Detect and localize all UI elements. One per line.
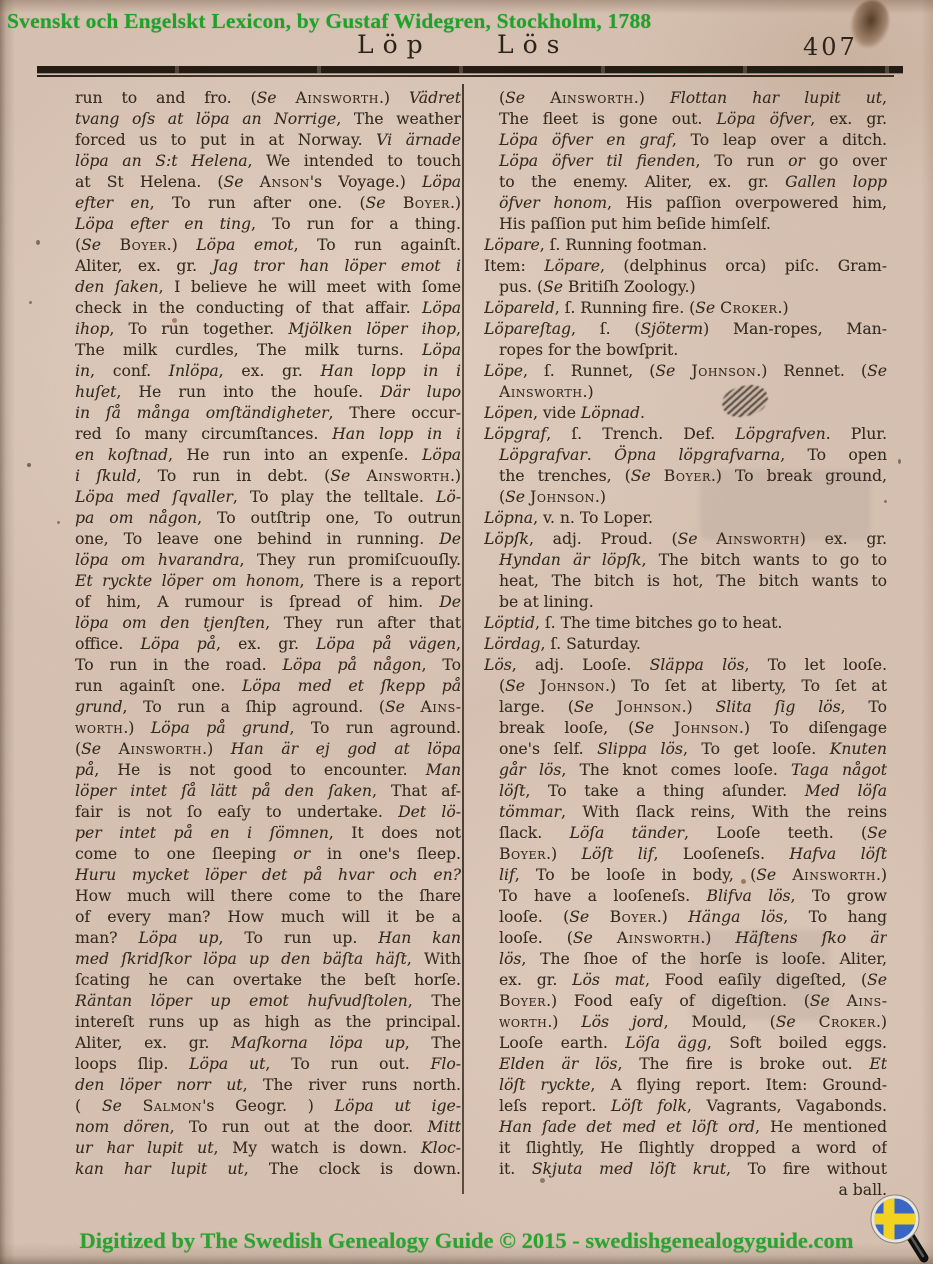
ink-speck [898,459,901,464]
text-line: looſe. (Se Ainsworth.) Häſtens ſko är [484,928,887,949]
text-line: Boyer.) Löſt lif, Looſeneſs. Hafva löſt [484,844,887,865]
ink-speck [36,240,40,245]
text-line: His paſſion put him beſide himſelf. [484,214,887,235]
text-line: of him, A rumour is ſpread of him. De [75,592,461,613]
text-line: of every man? How much will it be a [75,907,461,928]
text-line: the trenches, (Se Boyer.) To break groun… [484,466,887,487]
text-line: Looſe earth. Löſa ägg, Soft boiled eggs. [484,1033,887,1054]
ink-speck [884,500,887,503]
text-line: a ball. [484,1180,887,1201]
ink-speck [27,463,31,467]
header-rule [37,66,903,79]
text-line: Elden är lös, The fire is broke out. Et [484,1054,887,1075]
text-line: loops ſlip. Löpa ut, To run out. Flo- [75,1054,461,1075]
text-line: pus. (Se Britiſh Zoology.) [484,277,887,298]
text-line: löſt, To take a thing aſunder. Med löſa [484,781,887,802]
text-line: To have a looſeneſs. Blifva lös, To grow [484,886,887,907]
text-line: Et ryckte löper om honom, There is a rep… [75,571,461,592]
text-line: Löpareſtag, ſ. (Sjöterm) Man-ropes, Man- [484,319,887,340]
text-line: Löpna, v. n. To Loper. [484,508,887,529]
ink-speck [741,879,746,884]
text-line: Löpareld, ſ. Running fire. (Se Croker.) [484,298,887,319]
text-line: Aliter, ex. gr. Jag tror han löper emot … [75,256,461,277]
header-rule-thin [37,75,894,77]
text-line: man? Löpa up, To run up. Han kan [75,928,461,949]
text-line: nom dören, To run out at the door. Mitt [75,1117,461,1138]
ink-speck [540,1178,545,1183]
text-line: Räntan löper up emot hufvudſtolen, The [75,991,461,1012]
text-line: be at lining. [484,592,887,613]
text-line: run againſt one. Löpa med et ſkepp på [75,676,461,697]
text-line: (Se Johnson.) [484,487,887,508]
text-line: den ſaken, I believe he will meet with ſ… [75,277,461,298]
text-line: med ſkridſkor löpa up den bäſta häſt, Wi… [75,949,461,970]
text-line: i ſkuld, To run in debt. (Se Ainsworth.) [75,466,461,487]
text-line: löſt ryckte, A flying report. Item: Grou… [484,1075,887,1096]
text-line: to the enemy. Aliter, ex. gr. Gallen lop… [484,172,887,193]
text-line: worth.) Lös jord, Mould, (Se Croker.) [484,1012,887,1033]
text-line: på, He is not good to encounter. Man [75,760,461,781]
text-line: löpa om den tjenſten, They run after tha… [75,613,461,634]
swedish-flag-magnifier-icon [868,1194,932,1264]
ink-speck [29,301,32,304]
header-rule-thick [37,66,903,73]
text-line: går lös, The knot comes looſe. Taga någo… [484,760,887,781]
text-line: The milk curdles, The milk turns. Löpa [75,340,461,361]
text-line: (Se Ainsworth.) Han är ej god at löpa [75,739,461,760]
dictionary-column-left: run to and fro. (Se Ainsworth.) Vädrettv… [75,88,461,1180]
text-line: fair is not ſo eaſy to undertake. Det lö… [75,802,461,823]
running-head-left: Löp [357,30,432,59]
text-line: Aliter, ex. gr. Maſkorna löpa up, The [75,1033,461,1054]
text-line: lif, To be looſe in body, (Se Ainsworth.… [484,865,887,886]
text-line: Ainsworth.) [484,382,887,403]
text-line: large. (Se Johnson.) Slita ſig lös, To [484,697,887,718]
text-line: ( Se Salmon's Geogr. ) Löpa ut ige- [75,1096,461,1117]
text-line: red ſo many circumſtances. Han lopp in i [75,424,461,445]
text-line: one's ſelf. Slippa lös, To get looſe. Kn… [484,739,887,760]
text-line: (Se Ainsworth.) Flottan har lupit ut, [484,88,887,109]
text-line: Löpa öfver en graf, To leap over a ditch… [484,130,887,151]
text-line: Hyndan är löpſk, The bitch wants to go t… [484,550,887,571]
text-line: it. Skjuta med löſt krut, To fire withou… [484,1159,887,1180]
text-line: To run in the road. Löpa på någon, To [75,655,461,676]
text-line: Löpen, vide Löpnad. [484,403,887,424]
text-line: huſet, He run into the houſe. Där lupo [75,382,461,403]
text-line: office. Löpa på, ex. gr. Löpa på vägen, [75,634,461,655]
text-line: How much will there come to the ſhare [75,886,461,907]
text-line: run to and fro. (Se Ainsworth.) Vädret [75,88,461,109]
text-line: löper intet ſå lätt på den ſaken, That a… [75,781,461,802]
text-line: tömmar, With ſlack reins, With the reins [484,802,887,823]
text-line: en koſtnad, He run into an expenſe. Löpa [75,445,461,466]
dictionary-column-right: (Se Ainsworth.) Flottan har lupit ut,The… [484,88,887,1201]
text-line: at St Helena. (Se Anson's Voyage.) Löpa [75,172,461,193]
text-line: grund, To run a ſhip aground. (Se Ains- [75,697,461,718]
footer-caption: Digitized by The Swedish Genealogy Guide… [0,1228,933,1254]
text-line: (Se Boyer.) Löpa emot, To run againſt. [75,235,461,256]
text-line: löpa om hvarandra, They run promiſcuouſl… [75,550,461,571]
text-line: in, conf. Inlöpa, ex. gr. Han lopp in i [75,361,461,382]
text-line: forced us to put in at Norway. Vi ärnade [75,130,461,151]
text-line: Item: Löpare, (delphinus orca) piſc. Gra… [484,256,887,277]
text-line: Huru mycket löper det på hvar och en? [75,865,461,886]
text-line: worth.) Löpa på grund, To run aground. [75,718,461,739]
text-line: Löpſk, adj. Proud. (Se Ainsworth) ex. gr… [484,529,887,550]
text-line: Löpa efter en ting, To run for a thing. [75,214,461,235]
text-line: ſcating he can overtake the beſt horſe. [75,970,461,991]
text-line: Han ſade det med et löſt ord, He mention… [484,1117,887,1138]
text-line: Löpgrafvar. Öpna löpgrafvarna, To open [484,445,887,466]
running-head-right: Lös [497,30,568,59]
text-line: it ſlightly, He ſlightly dropped a word … [484,1138,887,1159]
text-line: leſs report. Löſt folk, Vagrants, Vagabo… [484,1096,887,1117]
text-line: heat, The bitch is hot, The bitch wants … [484,571,887,592]
text-line: Löpa med ſqvaller, To play the telltale.… [75,487,461,508]
ink-speck [57,521,60,524]
text-line: lös, The ſhoe of the horſe is looſe. Ali… [484,949,887,970]
text-line: löpa an S:t Helena, We intended to touch [75,151,461,172]
text-line: (Se Johnson.) To ſet at liberty, To ſet … [484,676,887,697]
text-line: The fleet is gone out. Löpa öfver, ex. g… [484,109,887,130]
text-line: pa om någon, To outſtrip one, To outrun [75,508,461,529]
text-line: Lördag, ſ. Saturday. [484,634,887,655]
text-line: ropes for the bowſprit. [484,340,887,361]
text-line: in ſå många omſtändigheter, There occur- [75,403,461,424]
text-line: per intet på en i ſömnen, It does not [75,823,461,844]
ink-speck [172,318,177,323]
text-line: looſe. (Se Boyer.) Hänga lös, To hang [484,907,887,928]
text-line: break looſe, (Se Johnson.) To diſengage [484,718,887,739]
text-line: tvang oſs at löpa an Norrige, The weathe… [75,109,461,130]
text-line: den löper norr ut, The river runs north. [75,1075,461,1096]
text-line: Löptid, ſ. The time bitches go to heat. [484,613,887,634]
text-line: Löpare, ſ. Running footman. [484,235,887,256]
ink-speck [109,1147,112,1150]
text-line: intereſt runs up as high as the principa… [75,1012,461,1033]
text-line: Boyer.) Food eaſy of digeſtion. (Se Ains… [484,991,887,1012]
text-line: efter en, To run after one. (Se Boyer.) [75,193,461,214]
scanned-dictionary-page: { "header": { "scan_title": "Svenskt och… [0,0,933,1264]
text-line: ex. gr. Lös mat, Food eaſily digeſted, (… [484,970,887,991]
text-line: ur har lupit ut, My watch is down. Kloc- [75,1138,461,1159]
text-line: ſlack. Löſa tänder, Looſe teeth. (Se [484,823,887,844]
page-number: 407 [803,33,858,61]
text-line: check in the conducting of that affair. … [75,298,461,319]
text-line: öfver honom, His paſſion overpowered him… [484,193,887,214]
text-line: come to one ſleeping or in one's ſleep. [75,844,461,865]
text-line: Löpa öfver til fienden, To run or go ove… [484,151,887,172]
scan-caption: Svenskt och Engelskt Lexicon, by Gustaf … [7,9,651,34]
text-line: one, To leave one behind in running. De [75,529,461,550]
text-line: ihop, To run together. Mjölken löper iho… [75,319,461,340]
text-line: Löpe, ſ. Runnet, (Se Johnson.) Rennet. (… [484,361,887,382]
column-divider-rule [462,84,464,1194]
text-line: Löpgraf, ſ. Trench. Def. Löpgrafven. Plu… [484,424,887,445]
text-line: kan har lupit ut, The clock is down. [75,1159,461,1180]
text-line: Lös, adj. Looſe. Släppa lös, To let looſ… [484,655,887,676]
